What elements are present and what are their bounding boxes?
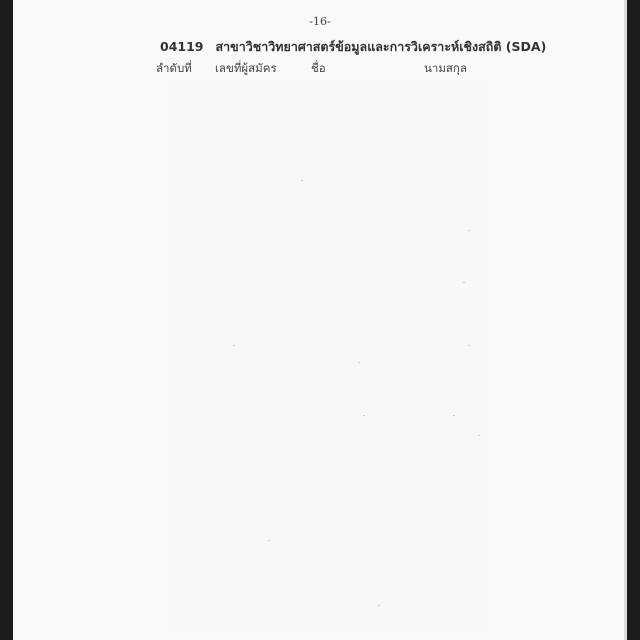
scan-speck [478, 435, 480, 436]
column-header-surname: นามสกุล [424, 60, 467, 78]
scan-speck [358, 362, 360, 363]
column-header-application-number: เลขที่ผู้สมัคร [215, 60, 277, 78]
program-heading: 04119สาขาวิชาวิทยาศาสตร์ข้อมูลและการวิเค… [160, 37, 546, 57]
program-title: สาขาวิชาวิทยาศาสตร์ข้อมูลและการวิเคราะห์… [216, 39, 547, 54]
column-header-order: ลำดับที่ [156, 60, 192, 78]
viewer-background: -16- 04119สาขาวิชาวิทยาศาสตร์ข้อมูลและกา… [0, 0, 640, 640]
column-header-first-name: ชื่อ [311, 60, 326, 78]
table-header: ลำดับที่ เลขที่ผู้สมัคร ชื่อ นามสกุล [13, 60, 627, 76]
scan-speck [378, 605, 380, 606]
table-body-redacted [168, 80, 488, 630]
scan-speck [453, 415, 455, 416]
scan-speck [463, 282, 465, 283]
scan-speck [233, 345, 235, 346]
scan-speck [268, 540, 270, 541]
document-page: -16- 04119สาขาวิชาวิทยาศาสตร์ข้อมูลและกา… [13, 0, 627, 640]
program-code: 04119 [160, 39, 204, 54]
scan-speck [468, 345, 470, 346]
scan-speck [301, 180, 303, 181]
scan-speck [363, 415, 365, 416]
page-number: -16- [13, 15, 627, 28]
scan-speck [468, 230, 470, 231]
